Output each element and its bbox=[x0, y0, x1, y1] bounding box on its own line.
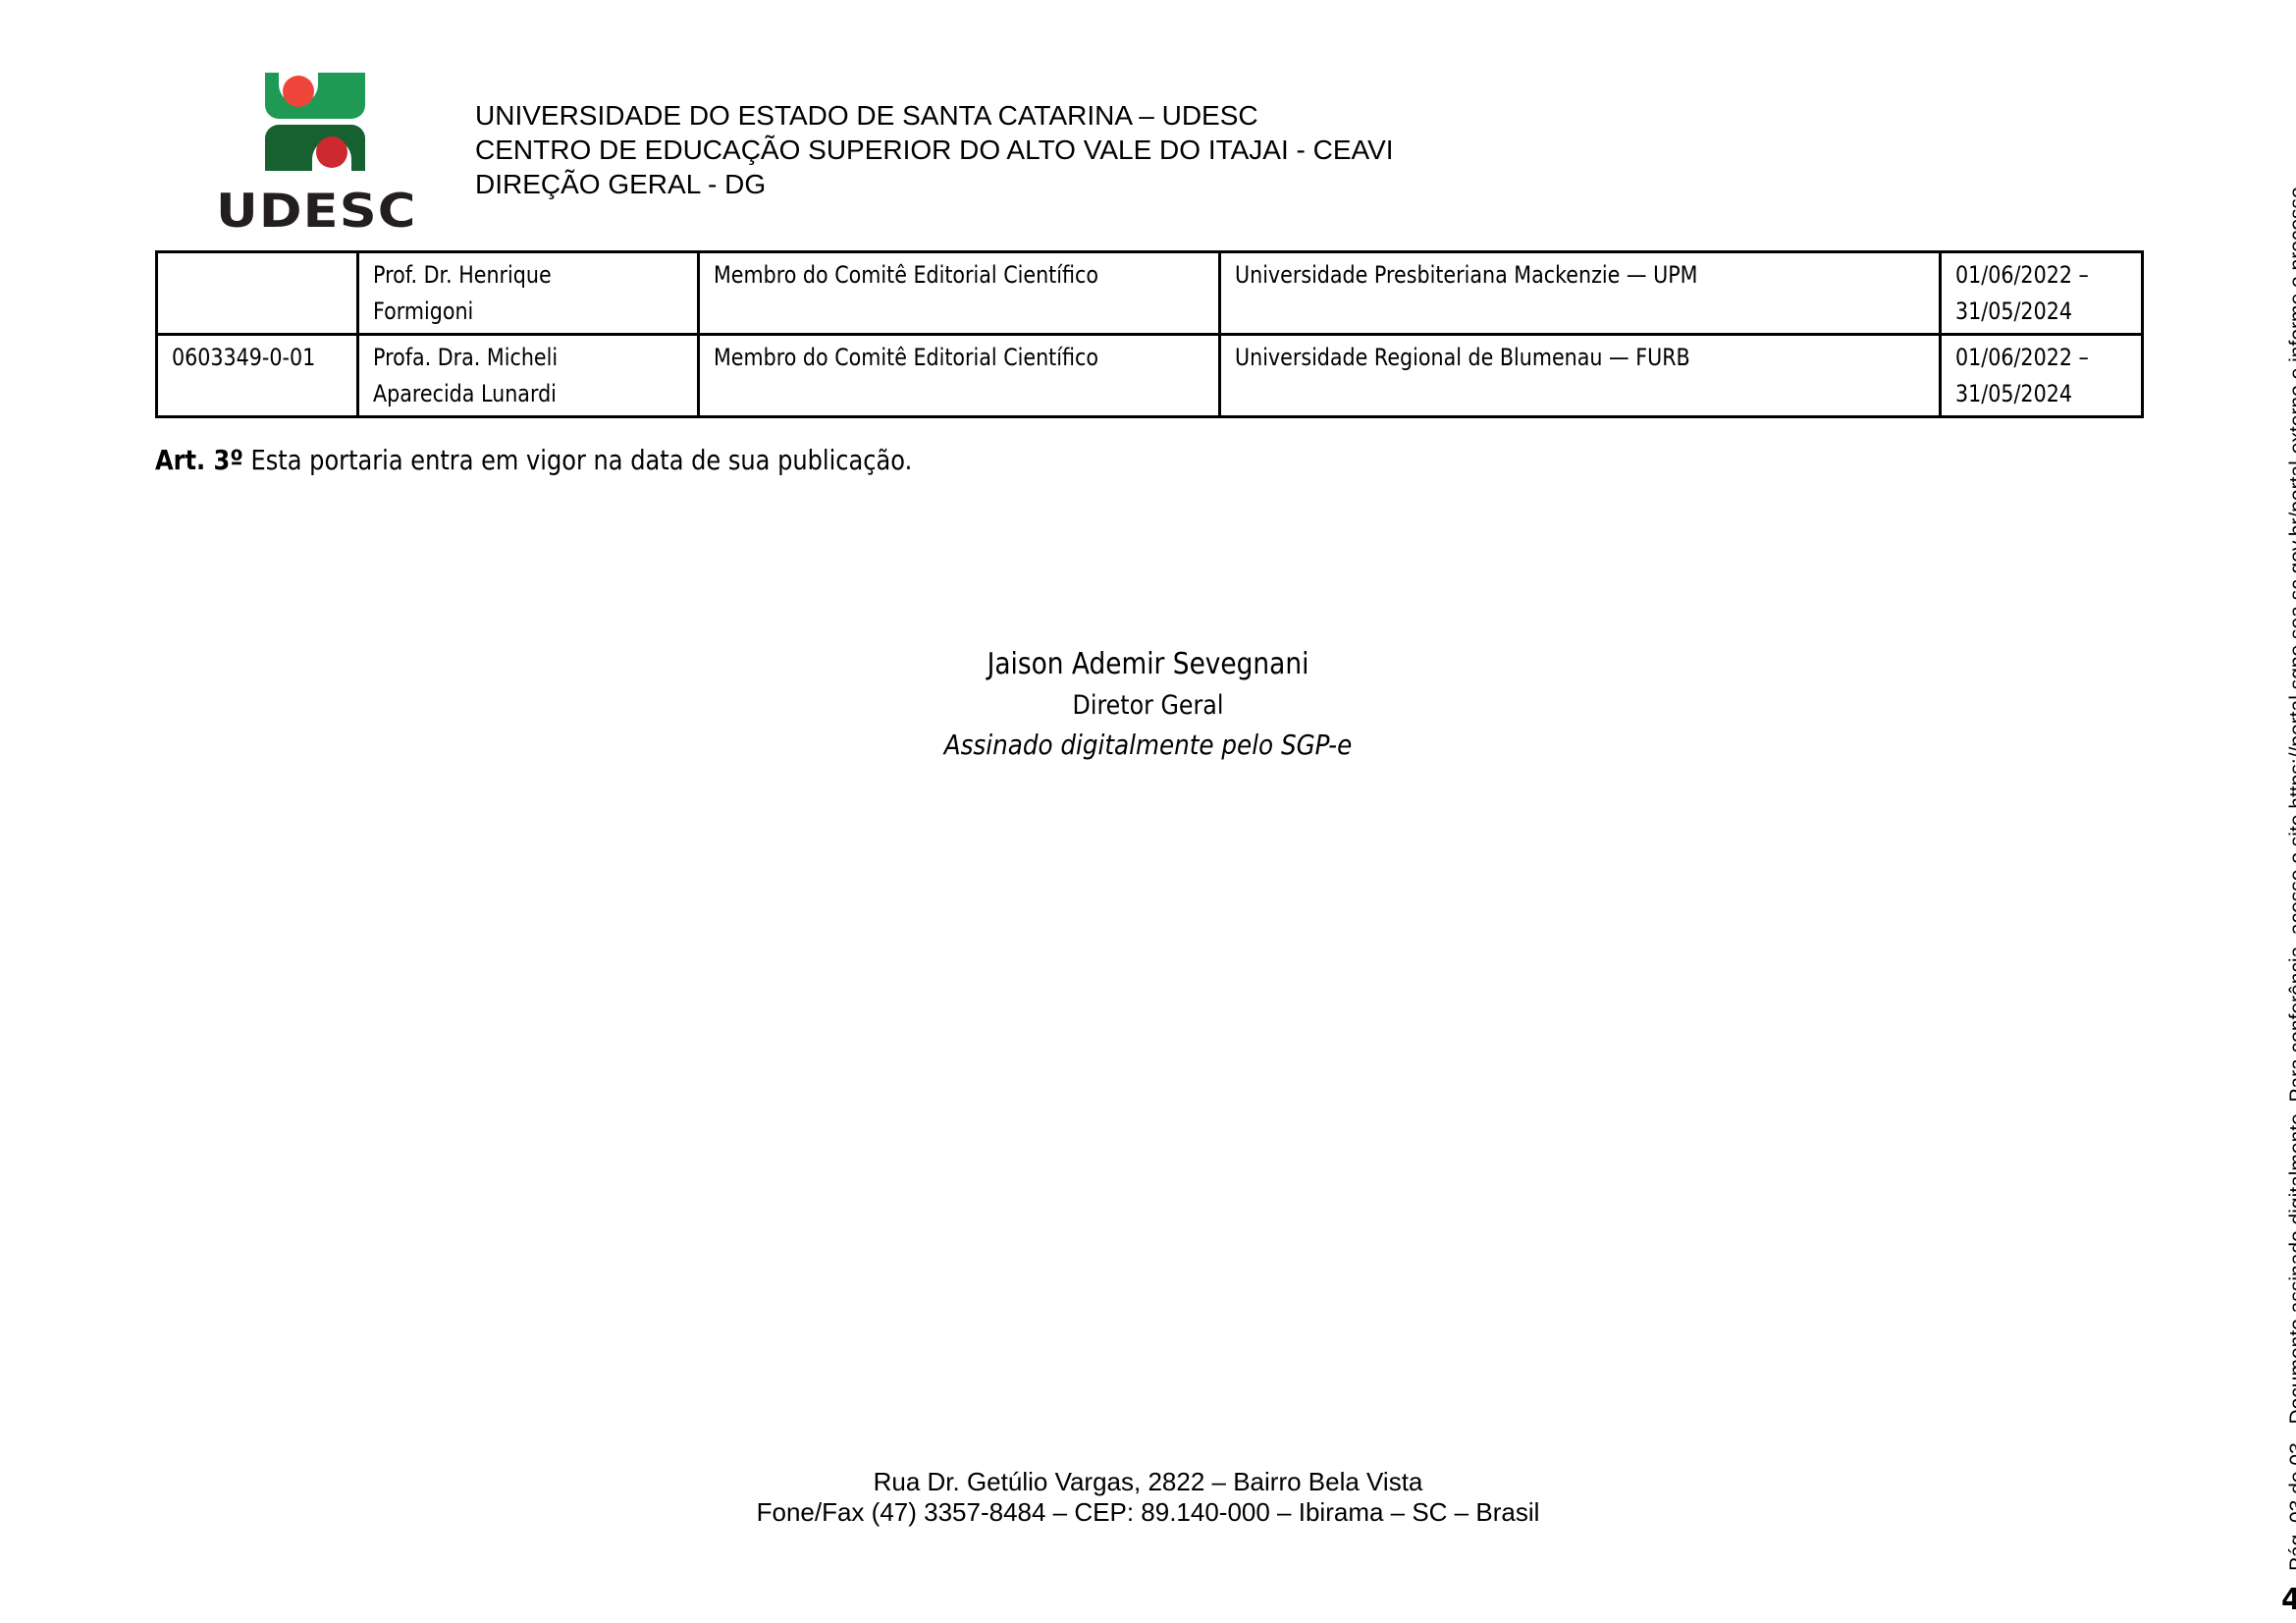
logo-top-shape bbox=[265, 73, 365, 119]
logo-wordmark: UDESC bbox=[216, 189, 417, 235]
footer-address: Rua Dr. Getúlio Vargas, 2822 – Bairro Be… bbox=[0, 1467, 2296, 1497]
logo-bottom-shape bbox=[265, 125, 365, 171]
cell-id bbox=[157, 252, 358, 335]
cell-name: Prof. Dr. Henrique Formigoni bbox=[357, 252, 699, 335]
header-line-university: UNIVERSIDADE DO ESTADO DE SANTA CATARINA… bbox=[475, 98, 1394, 133]
article-text: Esta portaria entra em vigor na data de … bbox=[243, 444, 912, 476]
cell-id: 0603349-0-01 bbox=[157, 335, 358, 417]
logo-red-dot-top bbox=[283, 76, 314, 107]
udesc-logo: UDESC bbox=[214, 73, 416, 232]
cell-role: Membro do Comitê Editorial Científico bbox=[699, 335, 1220, 417]
stamp-line-1: Pág. 03 de 03 - Documento assinado digit… bbox=[2287, 187, 2296, 1571]
article-3: Art. 3º Esta portaria entra em vigor na … bbox=[155, 444, 912, 476]
logo-red-dot-bottom bbox=[316, 136, 347, 168]
cell-institution: Universidade Presbiteriana Mackenzie — U… bbox=[1220, 252, 1941, 335]
header-line-center: CENTRO DE EDUCAÇÃO SUPERIOR DO ALTO VALE… bbox=[475, 133, 1394, 167]
signer-role: Diretor Geral bbox=[137, 686, 2158, 726]
document-page: UDESC UNIVERSIDADE DO ESTADO DE SANTA CA… bbox=[0, 0, 2296, 1623]
table-row: 0603349-0-01 Profa. Dra. Micheli Apareci… bbox=[157, 335, 2143, 417]
header-line-direction: DIREÇÃO GERAL - DG bbox=[475, 167, 1394, 201]
verification-stamp: Pág. 03 de 03 - Documento assinado digit… bbox=[2287, 187, 2296, 1571]
signer-name: Jaison Ademir Sevegnani bbox=[137, 643, 2158, 686]
cell-role: Membro do Comitê Editorial Científico bbox=[699, 252, 1220, 335]
cell-name: Profa. Dra. Micheli Aparecida Lunardi bbox=[357, 335, 699, 417]
logo-mark-icon bbox=[265, 73, 365, 171]
footer-contact: Fone/Fax (47) 3357-8484 – CEP: 89.140-00… bbox=[0, 1497, 2296, 1528]
article-label: Art. 3º bbox=[155, 444, 243, 476]
address-footer: Rua Dr. Getúlio Vargas, 2822 – Bairro Be… bbox=[0, 1467, 2296, 1528]
institution-header: UNIVERSIDADE DO ESTADO DE SANTA CATARINA… bbox=[475, 98, 1394, 201]
signature-block: Jaison Ademir Sevegnani Diretor Geral As… bbox=[0, 643, 2296, 765]
page-number: 4 bbox=[2281, 1583, 2296, 1617]
cell-period: 01/06/2022 – 31/05/2024 bbox=[1941, 252, 2143, 335]
cell-institution: Universidade Regional de Blumenau — FURB bbox=[1220, 335, 1941, 417]
digital-signature-note: Assinado digitalmente pelo SGP-e bbox=[137, 726, 2158, 765]
table-row: Prof. Dr. Henrique Formigoni Membro do C… bbox=[157, 252, 2143, 335]
committee-members-table: Prof. Dr. Henrique Formigoni Membro do C… bbox=[155, 250, 2144, 418]
cell-period: 01/06/2022 – 31/05/2024 bbox=[1941, 335, 2143, 417]
